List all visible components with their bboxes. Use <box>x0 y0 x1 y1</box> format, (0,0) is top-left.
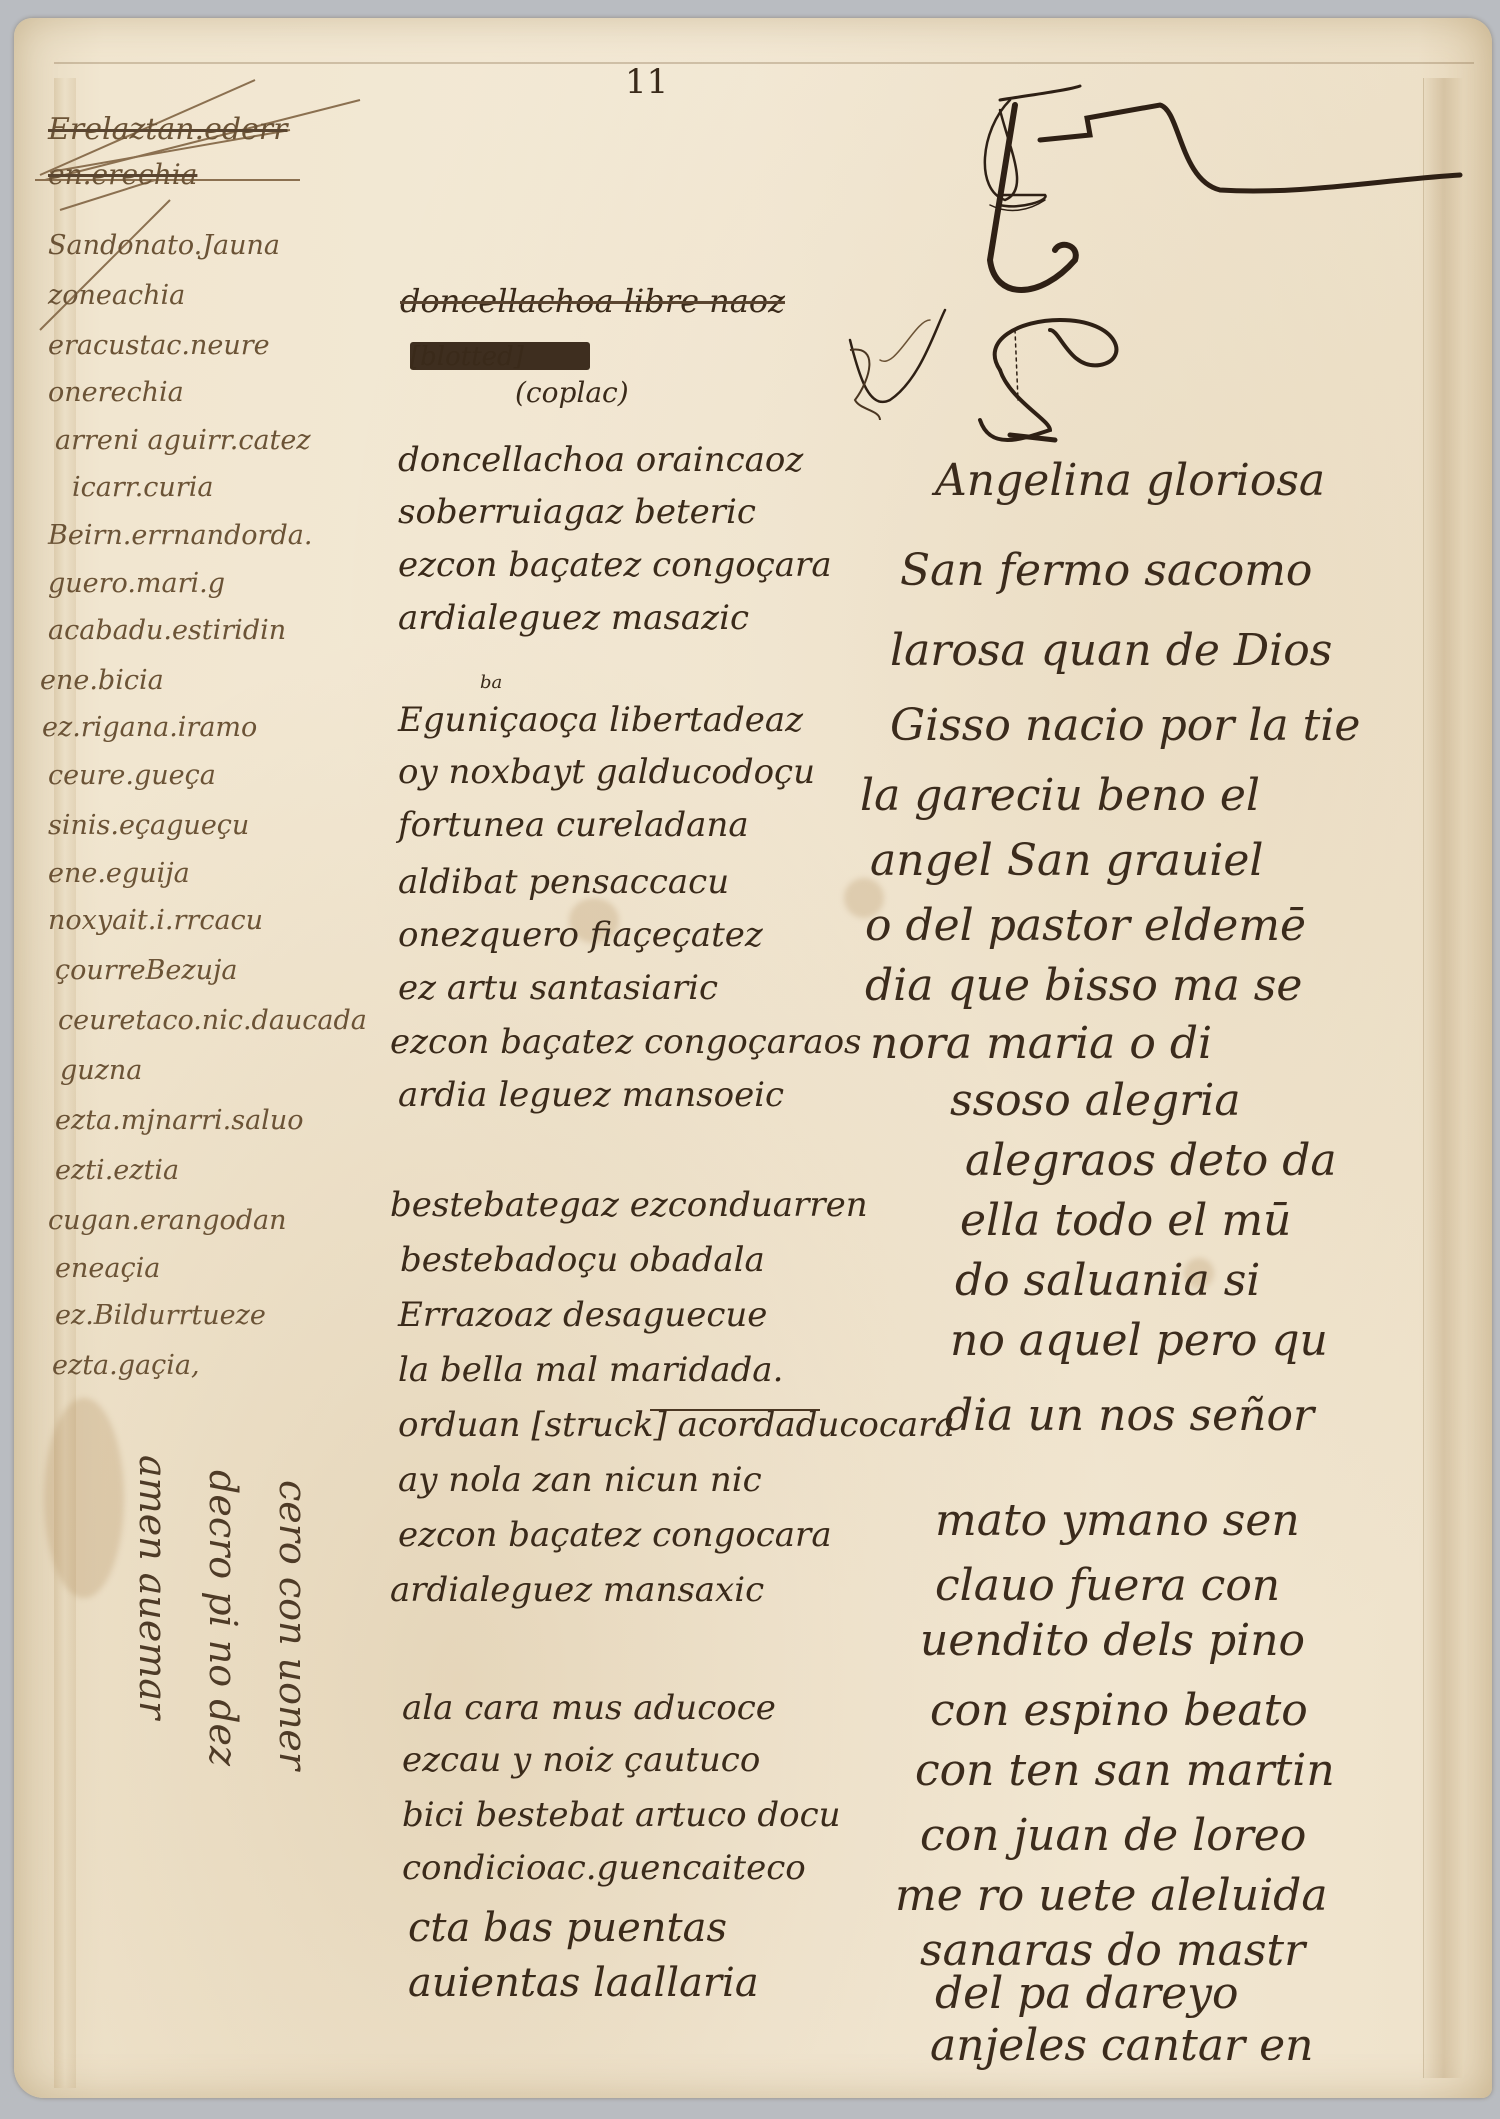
left-line: guzna <box>60 1055 142 1086</box>
left-line: ezta.gaçia, <box>52 1350 200 1381</box>
left-line: cugan.erangodan <box>48 1205 287 1236</box>
struck-header-line: en.erechia <box>48 158 197 191</box>
verse-line: uendito dels pino <box>920 1615 1305 1666</box>
vertical-note-left: amen auemar <box>131 1455 175 1719</box>
verse-line: dia que bisso ma se <box>865 960 1302 1011</box>
verse-line: do saluania si <box>955 1255 1260 1306</box>
poem-line: aldibat pensaccacu <box>398 862 729 902</box>
left-line: guero.mari.g <box>48 568 225 599</box>
verse-line: Angelina gloriosa <box>935 455 1325 506</box>
verse-line: ella todo el mū <box>960 1195 1291 1246</box>
left-line: icarr.curia <box>72 472 213 503</box>
left-line: ene.bicia <box>40 665 164 696</box>
verse-line: alegraos deto da <box>965 1135 1337 1186</box>
left-line: Beirn.errnandorda. <box>48 520 312 551</box>
poem-line: la bella mal maridada. <box>398 1350 783 1390</box>
poem-line: bici bestebat artuco docu <box>402 1795 841 1835</box>
left-line: arreni aguirr.catez <box>55 425 311 456</box>
poem-line: cta bas puentas <box>408 1905 727 1951</box>
poem-line: auientas laallaria <box>408 1960 759 2006</box>
verse-line: anjeles cantar en <box>930 2020 1313 2071</box>
struck-header-line: Erelaztan.ederr <box>48 112 287 147</box>
left-line: Sandonato.Jauna <box>48 230 280 261</box>
verse-line: con ten san martin <box>915 1745 1335 1796</box>
verse-line: del pa dareyo <box>935 1968 1238 2019</box>
verse-line: no aquel pero qu <box>950 1315 1328 1366</box>
poem-line: fortunea cureladana <box>398 805 749 845</box>
verse-line: larosa quan de Dios <box>890 625 1332 676</box>
left-line: ceure.gueça <box>48 760 216 791</box>
left-line: eneaçia <box>55 1253 160 1284</box>
verse-line: con juan de loreo <box>920 1810 1306 1861</box>
verse-line: dia un nos señor <box>945 1390 1314 1441</box>
verse-line: nora maria o di <box>870 1018 1212 1069</box>
left-line: noxyait.i.rrcacu <box>48 905 263 936</box>
verse-line: Gisso nacio por la tie <box>890 700 1360 751</box>
poem-line: ezcon baçatez congocara <box>398 1515 832 1555</box>
verse-line: ssoso alegria <box>950 1075 1241 1126</box>
page-number: 11 <box>625 62 668 102</box>
verse-line: con espino beato <box>930 1685 1308 1736</box>
verse-line: me ro uete aleluida <box>895 1870 1328 1921</box>
verse-line: clauo fuera con <box>935 1560 1280 1611</box>
vertical-note-middle: decro pi no dez <box>201 1470 245 1766</box>
poem-line: ardialeguez mansaxic <box>390 1570 764 1610</box>
poem-line: ezcau y noiz çautuco <box>402 1740 760 1780</box>
verse-line: o del pastor eldemē <box>865 900 1306 951</box>
vertical-note-right: cero con uoner <box>271 1480 315 1770</box>
left-line: çourreBezuja <box>55 955 237 986</box>
poem-line: onezquero fiaçeçatez <box>398 915 763 955</box>
poem-line: doncellachoa oraincaoz <box>398 440 803 480</box>
poem-line: ardialeguez masazic <box>398 598 749 638</box>
left-line: ez.rigana.iramo <box>42 712 257 743</box>
verse-line: la gareciu beno el <box>860 770 1260 821</box>
struck-title: doncellachoa libre naoz <box>400 282 785 320</box>
poem-line: ala cara mus aducoce <box>402 1688 776 1728</box>
blotted-line: [blotted] <box>410 342 590 370</box>
left-line: ceuretaco.nic.daucada <box>58 1005 367 1036</box>
left-line: ezti.eztia <box>55 1155 179 1186</box>
section-label-coplac: (coplac) <box>515 376 629 409</box>
left-line: ez.Bildurrtueze <box>55 1300 266 1331</box>
poem-line: Eguniçaoça libertadeaz <box>398 700 803 740</box>
poem-line: orduan [struck] acordaducocara <box>398 1405 955 1445</box>
left-line: zoneachia <box>48 280 185 311</box>
left-line: sinis.eçagueçu <box>48 810 249 841</box>
poem-line: oy noxbayt galducodoçu <box>398 752 815 792</box>
left-line: onerechia <box>48 377 184 408</box>
poem-line: bestebategaz ezconduarren <box>390 1185 868 1225</box>
left-line: ezta.mjnarri.saluo <box>55 1105 303 1136</box>
left-line: eracustac.neure <box>48 330 270 361</box>
poem-line: ezcon baçatez congoçara <box>398 545 832 585</box>
poem-line: condicioac.guencaiteco <box>402 1848 806 1888</box>
poem-line: bestebadoçu obadala <box>400 1240 765 1280</box>
poem-line: Errazoaz desaguecue <box>398 1295 767 1335</box>
verse-line: mato ymano sen <box>935 1495 1300 1546</box>
verse-line: angel San grauiel <box>870 835 1264 886</box>
poem-line: ez artu santasiaric <box>398 968 718 1008</box>
left-line: ene.eguija <box>48 858 190 889</box>
ihs-monogram-icon <box>850 86 1460 440</box>
left-line: acabadu.estiridin <box>48 615 286 646</box>
poem-line: ay nola zan nicun nic <box>398 1460 762 1500</box>
superscript-insertion: ba <box>480 672 502 693</box>
poem-line: ardia leguez mansoeic <box>398 1075 784 1115</box>
poem-line: soberruiagaz beteric <box>398 492 756 532</box>
poem-line: ezcon baçatez congoçaraos <box>390 1022 862 1062</box>
verse-line: San fermo sacomo <box>900 545 1312 596</box>
